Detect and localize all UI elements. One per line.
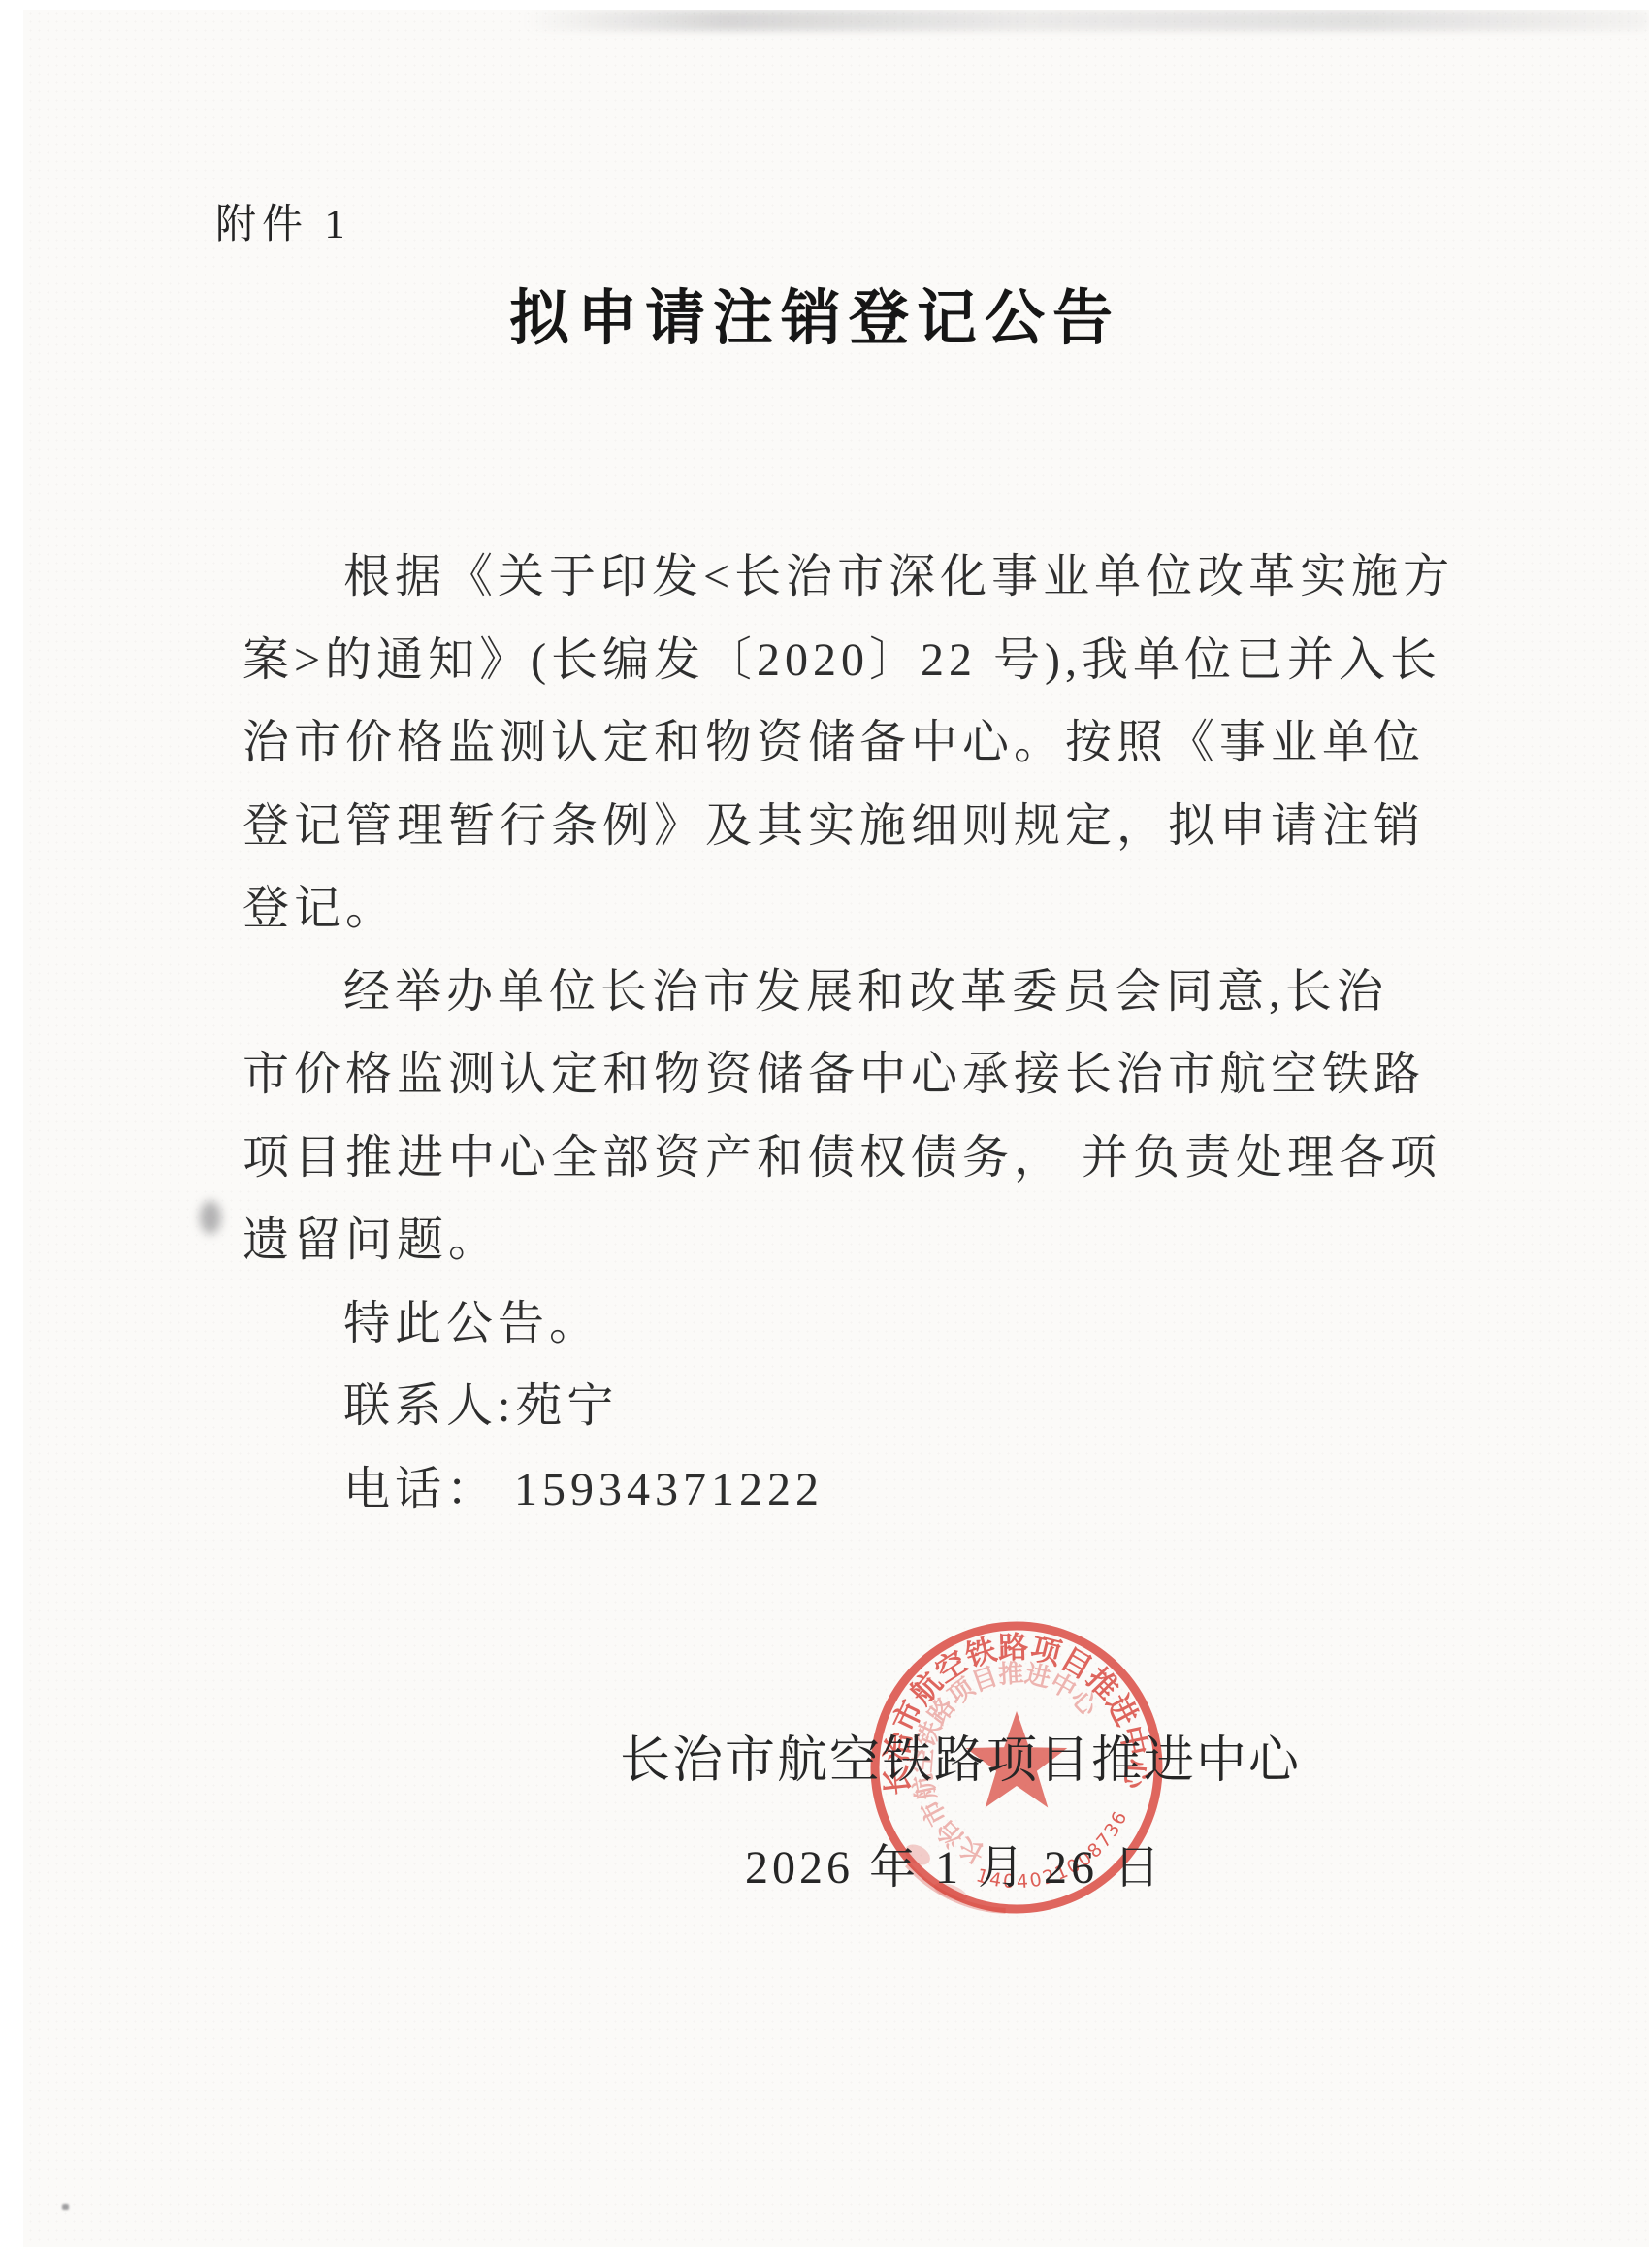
scanner-edge-top xyxy=(0,0,1649,10)
page-title: 拟申请注销登记公告 xyxy=(0,270,1630,356)
signature-date: 2026 年 1 月 26 日 xyxy=(745,1830,1164,1896)
body-line: 根据《关于印发<长治市深化事业单位改革实施方 xyxy=(242,535,1382,619)
scanned-page: 附件 1 拟申请注销登记公告 根据《关于印发<长治市深化事业单位改革实施方 案>… xyxy=(0,0,1649,2268)
scan-speck xyxy=(62,2204,69,2210)
phone-line: 电话： 15934371222 xyxy=(242,1448,1382,1532)
scanner-edge-bottom xyxy=(0,2247,1649,2268)
signature-org-name: 长治市航空铁路项目推进中心 xyxy=(620,1719,1301,1792)
body-line: 登记。 xyxy=(242,867,1382,951)
contact-line: 联系人:苑宁 xyxy=(242,1365,1382,1448)
body-line: 经举办单位长治市发展和改革委员会同意,长治 xyxy=(242,951,1382,1034)
scan-smudge-top xyxy=(524,10,1649,31)
document-body: 根据《关于印发<长治市深化事业单位改革实施方 案>的通知》(长编发〔2020〕2… xyxy=(242,535,1382,1531)
body-line: 项目推进中心全部资产和债权债务， 并负责处理各项 xyxy=(242,1117,1382,1200)
closing-line: 特此公告。 xyxy=(242,1282,1382,1366)
body-line: 遗留问题。 xyxy=(242,1199,1382,1282)
attachment-label: 附件 1 xyxy=(215,192,351,250)
scan-smudge-small xyxy=(200,1201,221,1234)
body-line: 市价格监测认定和物资储备中心承接长治市航空铁路 xyxy=(242,1033,1382,1117)
body-line: 登记管理暂行条例》及其实施细则规定，拟申请注销 xyxy=(242,785,1382,868)
body-line: 案>的通知》(长编发〔2020〕22 号),我单位已并入长 xyxy=(242,619,1382,702)
body-line: 治市价格监测认定和物资储备中心。按照《事业单位 xyxy=(242,701,1382,785)
scanner-edge-left xyxy=(0,0,23,2268)
